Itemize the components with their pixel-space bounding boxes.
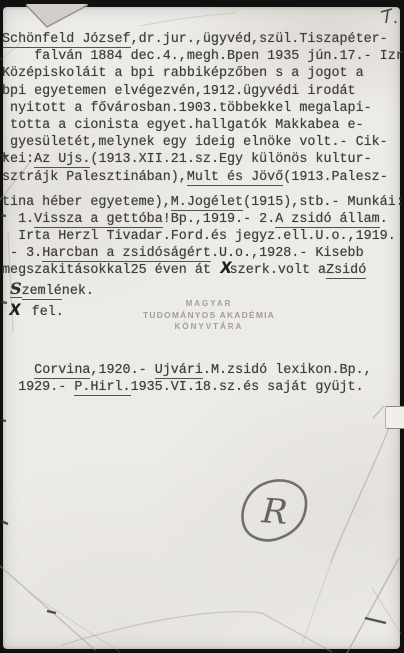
text-segment: Irta Herzl Tivadar.Ford.és jegyz.ell.U.o… bbox=[2, 229, 396, 244]
text-segment: bpi egyetemen elvégezvén,1912.ügyvédi ir… bbox=[2, 84, 356, 99]
text-segment: - 3. bbox=[2, 246, 42, 261]
underlined-text: A zsidó állam bbox=[275, 212, 379, 228]
text-segment: megszakitásokkal25 éven át bbox=[2, 263, 219, 278]
text-segment: falván 1884 dec.4.,megh.Bpen 1935 jún.17… bbox=[2, 49, 404, 64]
typed-line: nyitott a fővárosban.1903.többekkel mega… bbox=[2, 100, 404, 117]
text-segment: ,dr.jur.,ügyvéd,szül.Tiszapéter- bbox=[131, 32, 388, 47]
typed-line: tina héber egyeteme),M.Jogélet(1915),stb… bbox=[2, 194, 404, 211]
edge-tear bbox=[385, 406, 404, 429]
scanned-index-card: Schönfeld József,dr.jur.,ügyvéd,szül.Tis… bbox=[0, 0, 404, 653]
text-segment: !Bp.,1919.- 2. bbox=[163, 212, 276, 227]
sources-text: Corvina,1920.- Ujvári.M.zsidó lexikon.Bp… bbox=[2, 362, 372, 396]
text-segment: nek. bbox=[62, 284, 94, 299]
text-segment: (1913.Palesz- bbox=[283, 170, 387, 185]
handwritten-x-icon: X bbox=[219, 262, 232, 276]
text-segment: .M.zsidó lexikon.Bp., bbox=[203, 363, 372, 378]
typed-line: Középiskoláit a bpi rabbiképzőben s a jo… bbox=[2, 65, 404, 82]
typed-line: totta a cionista egyet.hallgatók Makkabe… bbox=[2, 117, 404, 134]
text-segment: tina héber egyeteme), bbox=[2, 195, 171, 210]
text-segment bbox=[2, 284, 10, 299]
underlined-text: P.Hirl. bbox=[74, 380, 130, 396]
underlined-text: Ujvári bbox=[155, 363, 203, 379]
text-segment: 1929.- bbox=[2, 380, 74, 395]
text-segment: szerk.volt a bbox=[230, 263, 326, 278]
text-segment: (1915),stb.- Munkái: bbox=[243, 195, 404, 210]
underlined-text: zemlé bbox=[22, 284, 62, 300]
underlined-text: M.Jogélet bbox=[171, 195, 243, 211]
typed-line: bpi egyetemen elvégezvén,1912.ügyvédi ir… bbox=[2, 83, 404, 100]
underlined-text: Zsidó bbox=[326, 263, 366, 279]
biography-text: Schönfeld József,dr.jur.,ügyvéd,szül.Tis… bbox=[2, 31, 404, 297]
underlined-text: Mult és Jövő bbox=[187, 170, 283, 186]
typed-line: Schönfeld József,dr.jur.,ügyvéd,szül.Tis… bbox=[2, 31, 404, 48]
underlined-text: Az Ujs. bbox=[34, 152, 90, 168]
text-segment: 1. bbox=[2, 212, 34, 227]
text-segment: nyitott a fővárosban.1903.többekkel mega… bbox=[2, 101, 372, 116]
typed-line: 1.Vissza a gettóba!Bp.,1919.- 2.A zsidó … bbox=[2, 211, 404, 228]
text-segment: . bbox=[380, 212, 388, 227]
text-segment: gyesületét,melynek egy ideig elnöke volt… bbox=[2, 135, 388, 150]
underlined-text: Vissza a gettóba bbox=[34, 212, 163, 228]
typed-line: 1929.- P.Hirl.1935.VI.18.sz.és saját gyü… bbox=[2, 379, 372, 396]
handwritten-x-icon: X bbox=[8, 303, 21, 317]
pencil-letter: R bbox=[259, 491, 288, 533]
typed-line: Corvina,1920.- Ujvári.M.zsidó lexikon.Bp… bbox=[2, 362, 372, 379]
text-segment: .U.o.,1928.- Kisebb bbox=[211, 246, 364, 261]
typed-line: sztrájk Palesztinában),Mult és Jövő(1913… bbox=[2, 169, 404, 186]
text-segment: ,1920.- bbox=[90, 363, 154, 378]
typed-line: kei:Az Ujs.(1913.XII.21.sz.Egy különös k… bbox=[2, 151, 404, 168]
typed-line: megszakitásokkal25 éven át Xszerk.volt a… bbox=[2, 262, 404, 279]
text-segment: totta a cionista egyet.hallgatók Makkabe… bbox=[2, 118, 364, 133]
footnote-label: fel. bbox=[32, 305, 64, 320]
text-segment: kei: bbox=[2, 152, 34, 167]
typed-line: Szemlének. bbox=[2, 280, 404, 297]
text-segment: (1913.XII.21.sz.Egy különös kultur- bbox=[90, 152, 371, 167]
underlined-text: Harcban a zsidóságért bbox=[42, 246, 211, 262]
footnote-note: Xfel. bbox=[8, 304, 64, 324]
handwritten-letter: S bbox=[10, 280, 22, 298]
text-segment: 1935.VI.18.sz.és saját gyüjt. bbox=[131, 380, 364, 395]
pencil-circled-r: R bbox=[236, 478, 316, 550]
text-segment: sztrájk Palesztinában), bbox=[2, 170, 187, 185]
underlined-text: Schönfeld József bbox=[2, 32, 131, 48]
text-segment: Középiskoláit a bpi rabbiképzőben s a jo… bbox=[2, 66, 364, 81]
typed-line: - 3.Harcban a zsidóságért.U.o.,1928.- Ki… bbox=[2, 245, 404, 262]
underlined-text: Corvina bbox=[34, 363, 90, 379]
text-segment bbox=[2, 363, 34, 378]
typed-line: gyesületét,melynek egy ideig elnöke volt… bbox=[2, 134, 404, 151]
typed-line: Irta Herzl Tivadar.Ford.és jegyz.ell.U.o… bbox=[2, 228, 404, 245]
typed-line: falván 1884 dec.4.,megh.Bpen 1935 jún.17… bbox=[2, 48, 404, 65]
